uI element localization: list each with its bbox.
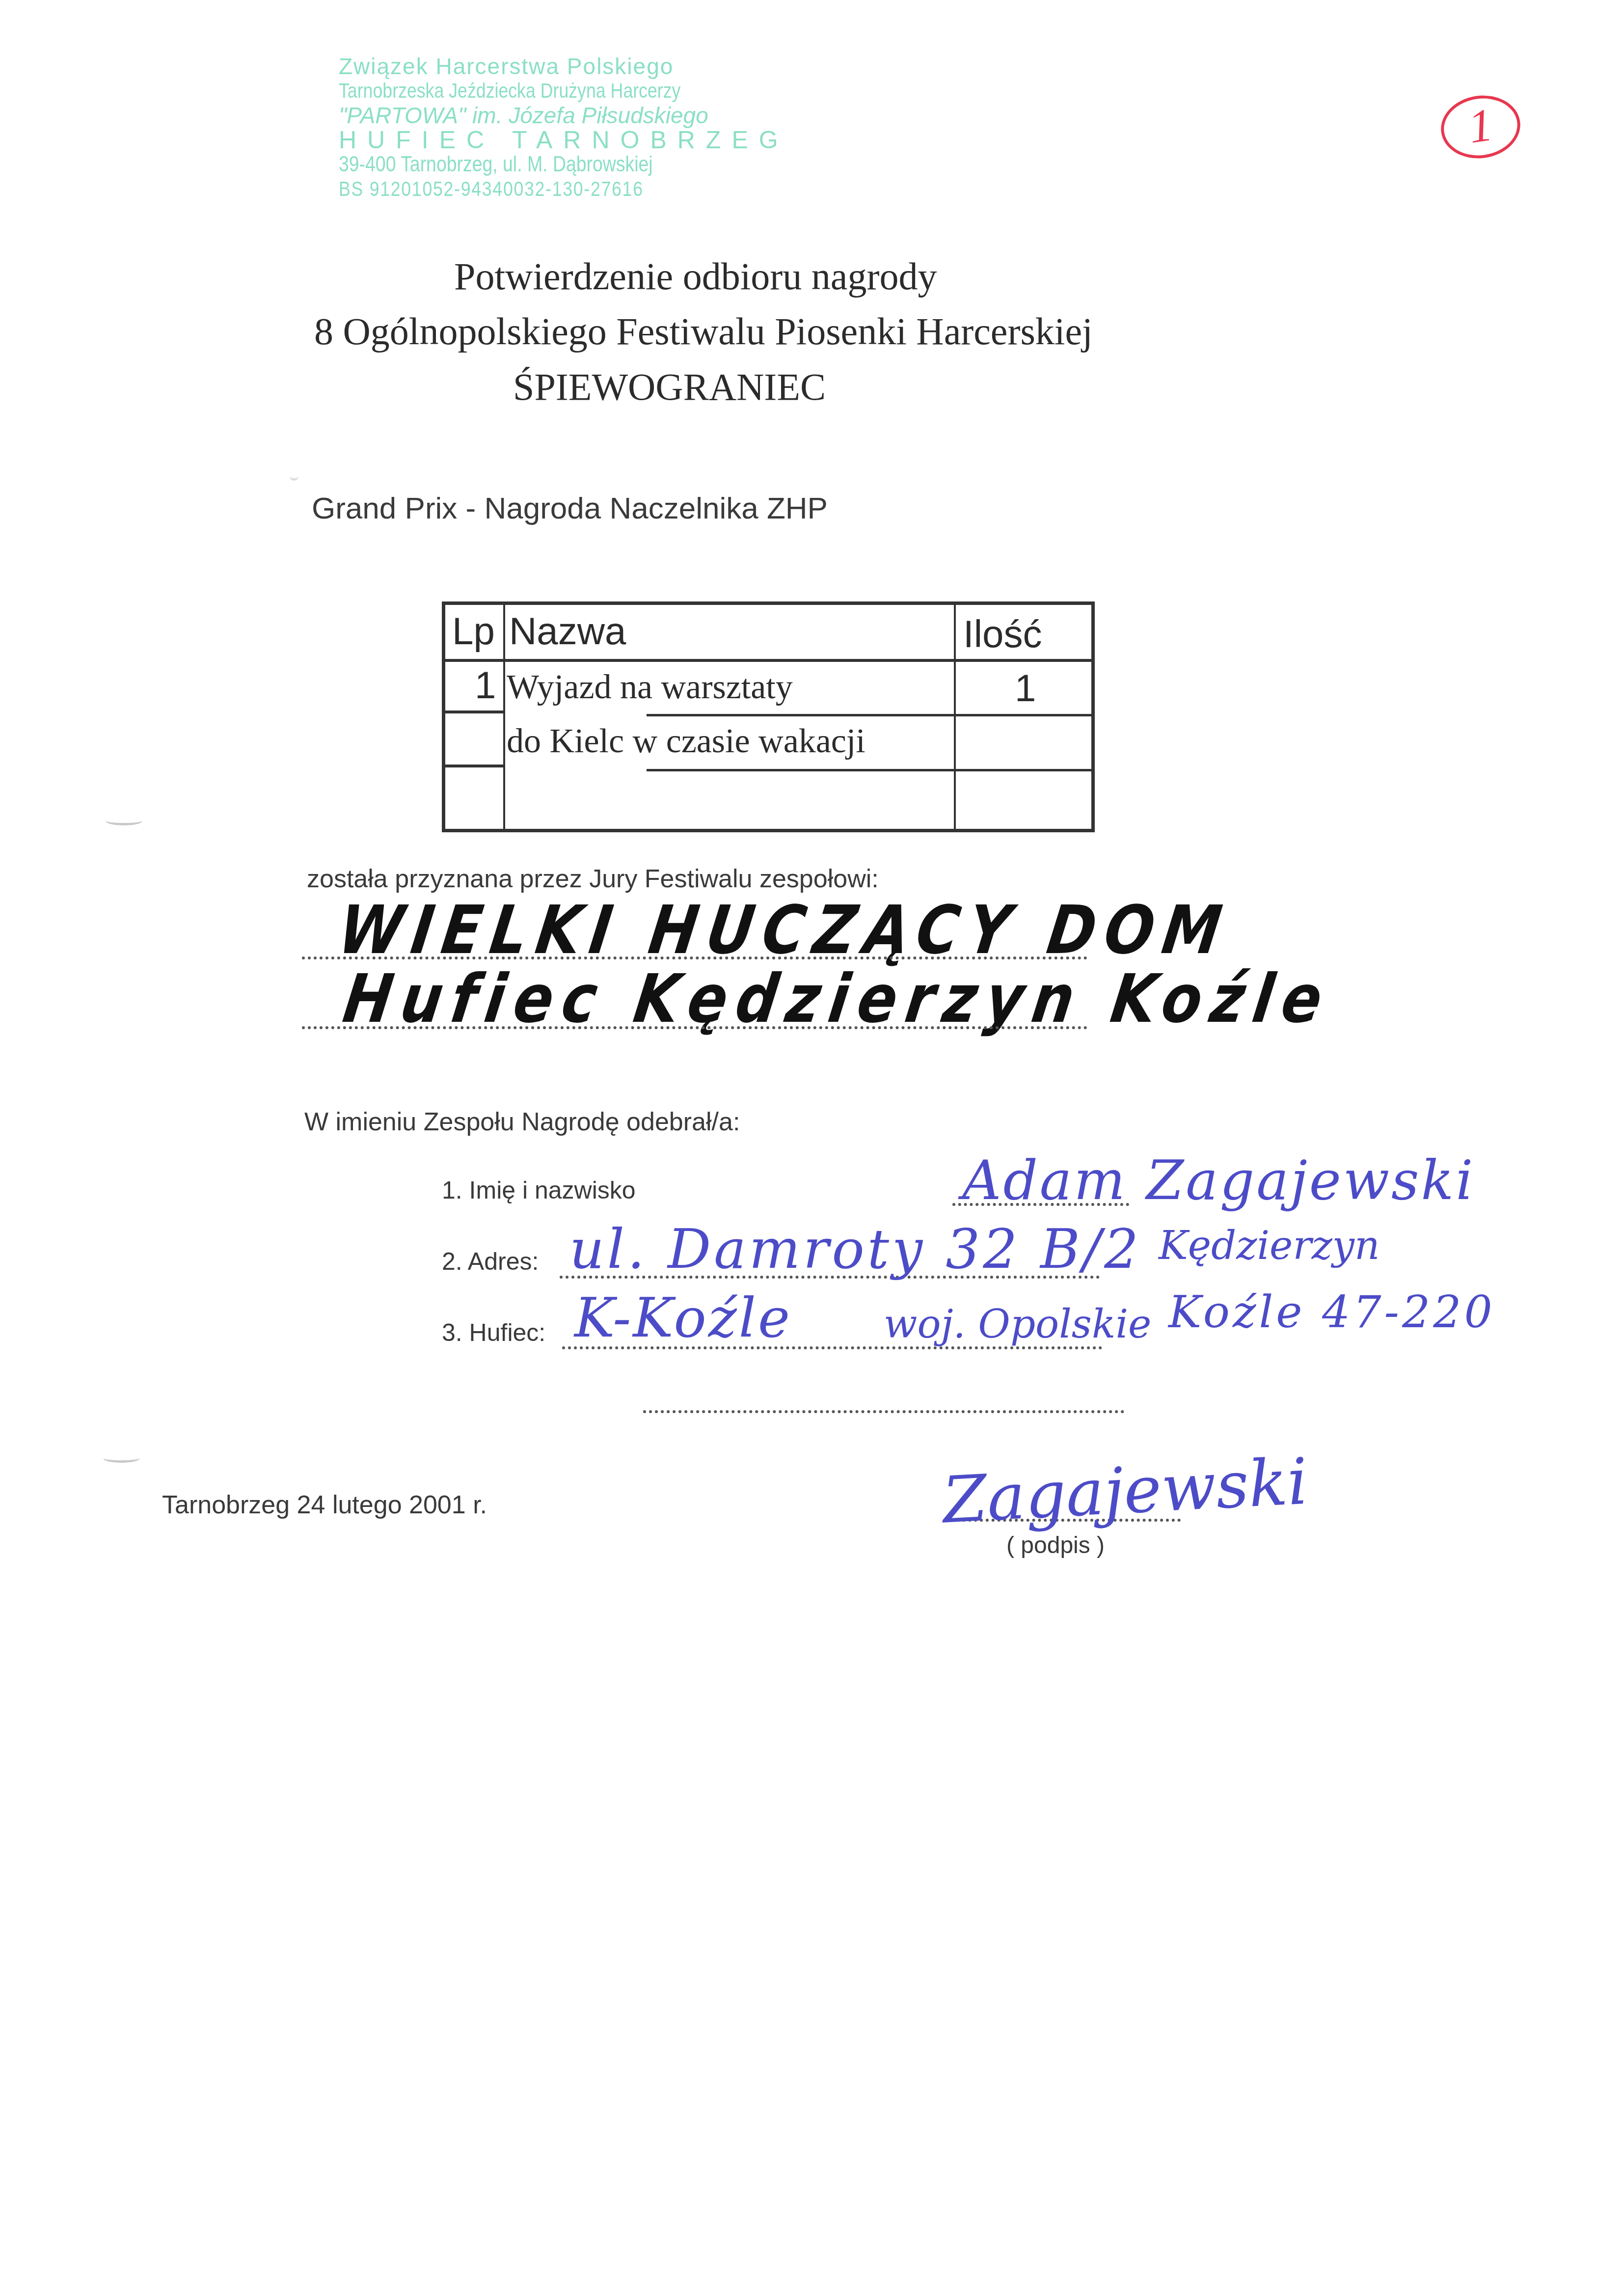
prize-table: Lp Nazwa Ilość 1 Wyjazd na warsztaty do … — [442, 601, 1095, 832]
column-header-lp: Lp — [452, 609, 495, 654]
cell-nazwa-continued: do Kielc w czasie wakacji — [507, 722, 866, 761]
document-title: Potwierdzenie odbioru nagrody — [454, 254, 937, 299]
cell-nazwa: Wyjazd na warsztaty — [507, 668, 793, 707]
place-date: Tarnobrzeg 24 lutego 2001 r. — [162, 1490, 487, 1520]
column-header-ilosc: Ilość — [963, 612, 1042, 656]
stamp-line: HUFIEC TARNOBRZEG — [339, 128, 756, 152]
festival-name: 8 Ogólnopolskiego Festiwalu Piosenki Har… — [314, 309, 1093, 354]
page-number-circle: 1 — [1437, 90, 1524, 163]
address-label: 2. Adres: — [442, 1247, 539, 1276]
table-header-divider — [445, 659, 1091, 662]
dotted-line — [302, 957, 1087, 959]
name-label: 1. Imię i nazwisko — [442, 1176, 636, 1204]
stamp-line: BS 91201052-94340032-130-27616 — [339, 177, 694, 201]
hufiec-city: Koźle 47-220 — [1168, 1286, 1495, 1338]
table-row-divider — [445, 711, 503, 713]
hufiec-label: 3. Hufiec: — [442, 1318, 545, 1347]
stamp-line: 39-400 Tarnobrzeg, ul. M. Dąbrowskiej — [339, 152, 694, 177]
hufiec-region: woj. Opolskie — [884, 1301, 1151, 1347]
stamp-line: Tarnobrzeska Jeździecka Drużyna Harcerzy — [339, 79, 694, 103]
margin-mark — [290, 471, 298, 481]
dotted-line — [302, 1026, 1087, 1029]
margin-mark — [103, 1453, 140, 1463]
table-row-divider — [647, 769, 1091, 771]
award-category: Grand Prix - Nagroda Naczelnika ZHP — [312, 491, 828, 526]
table-row-divider — [647, 714, 1091, 716]
table-divider — [503, 605, 505, 829]
column-header-nazwa: Nazwa — [509, 609, 626, 654]
address-value: ul. Damroty 32 B/2 — [569, 1218, 1141, 1281]
table-row-divider — [445, 765, 503, 767]
address-city: Kędzierzyn — [1159, 1223, 1380, 1268]
awarded-text: została przyznana przez Jury Festiwalu z… — [307, 864, 879, 894]
cell-ilosc: 1 — [1015, 666, 1036, 711]
margin-mark — [106, 816, 142, 825]
hufiec-value: K-Koźle — [574, 1286, 792, 1349]
name-value: Adam Zagajewski — [962, 1149, 1475, 1212]
stamp-line: "PARTOWA" im. Józefa Piłsudskiego — [339, 103, 756, 128]
organization-stamp: Związek Harcerstwa Polskiego Tarnobrzesk… — [339, 54, 756, 201]
cell-lp: 1 — [475, 663, 496, 708]
signature-label: ( podpis ) — [1006, 1532, 1105, 1559]
signature: Zagajewski — [941, 1444, 1310, 1538]
received-text: W imieniu Zespołu Nagrodę odebrał/a: — [304, 1107, 740, 1137]
page-number: 1 — [1440, 94, 1521, 158]
festival-title: ŚPIEWOGRANIEC — [513, 365, 826, 409]
dotted-line — [643, 1410, 1124, 1413]
stamp-line: Związek Harcerstwa Polskiego — [339, 54, 756, 79]
table-divider — [954, 605, 956, 829]
